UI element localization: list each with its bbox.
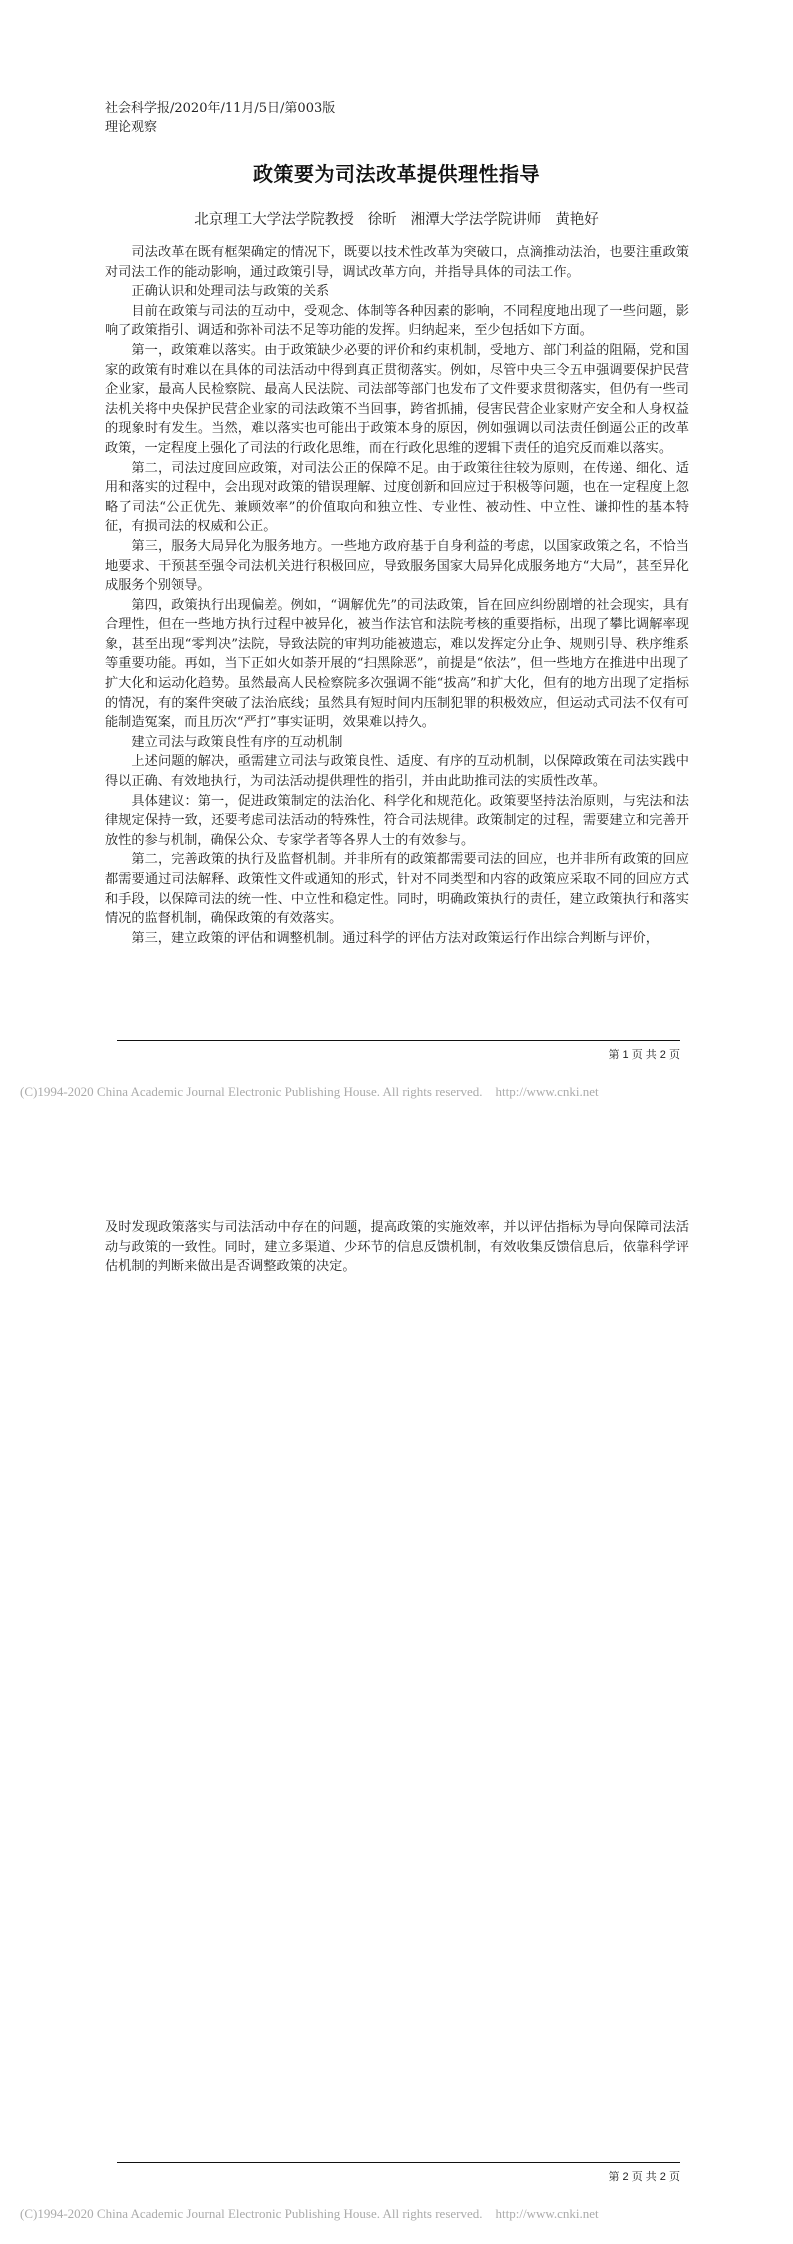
- paragraph: 目前在政策与司法的互动中，受观念、体制等各种因素的影响，不同程度地出现了一些问题…: [105, 302, 689, 341]
- paragraph: 第二，司法过度回应政策，对司法公正的保障不足。由于政策往往较为原则，在传递、细化…: [105, 459, 689, 537]
- page-indicator: 第 2 页 共 2 页: [608, 2168, 680, 2184]
- article-body-page-2: 及时发现政策落实与司法活动中存在的问题，提高政策的实施效率，并以评估指标为导向保…: [105, 1218, 689, 1277]
- author-affiliation-1: 北京理工大学法学院教授: [194, 212, 354, 228]
- publication-source-line: 社会科学报/2020年/11月/5日/第003版: [105, 99, 335, 118]
- paragraph: 第二，完善政策的执行及监督机制。并非所有的政策都需要司法的回应，也并非所有政策的…: [105, 850, 689, 928]
- paragraph-intro: 司法改革在既有框架确定的情况下，既要以技术性改革为突破口，点滴推动法治，也要注重…: [105, 243, 689, 282]
- article-body-page-1: 司法改革在既有框架确定的情况下，既要以技术性改革为突破口，点滴推动法治，也要注重…: [105, 243, 689, 948]
- paragraph: 第三，服务大局异化为服务地方。一些地方政府基于自身利益的考虑，以国家政策之名，不…: [105, 537, 689, 596]
- paragraph: 第一，政策难以落实。由于政策缺少必要的评价和约束机制，受地方、部门利益的阻隔，党…: [105, 341, 689, 459]
- section-heading-2: 建立司法与政策良性有序的互动机制: [105, 733, 689, 753]
- paragraph: 第三，建立政策的评估和调整机制。通过科学的评估方法对政策运行作出综合判断与评价，: [105, 929, 689, 949]
- author-affiliation-2: 湘潭大学法学院讲师: [411, 212, 542, 228]
- copyright-notice: (C)1994-2020 China Academic Journal Elec…: [20, 1084, 599, 1100]
- paragraph-continuation: 及时发现政策落实与司法活动中存在的问题，提高政策的实施效率，并以评估指标为导向保…: [105, 1218, 689, 1277]
- page-indicator: 第 1 页 共 2 页: [608, 1046, 680, 1062]
- paragraph: 第四，政策执行出现偏差。例如，“调解优先”的司法政策，旨在回应纠纷剧增的社会现实…: [105, 596, 689, 733]
- column-label: 理论观察: [105, 118, 157, 137]
- article-title: 政策要为司法改革提供理性指导: [0, 158, 793, 187]
- footer-divider: [117, 2162, 680, 2163]
- byline: 北京理工大学法学院教授徐昕湘潭大学法学院讲师黄艳好: [0, 208, 793, 229]
- author-name-2: 黄艳好: [555, 212, 599, 228]
- section-heading-1: 正确认识和处理司法与政策的关系: [105, 282, 689, 302]
- paragraph: 上述问题的解决，亟需建立司法与政策良性、适度、有序的互动机制，以保障政策在司法实…: [105, 752, 689, 791]
- footer-divider: [117, 1040, 680, 1041]
- author-name-1: 徐昕: [368, 212, 397, 228]
- paragraph: 具体建议：第一，促进政策制定的法治化、科学化和规范化。政策要坚持法治原则，与宪法…: [105, 792, 689, 851]
- copyright-notice: (C)1994-2020 China Academic Journal Elec…: [20, 2206, 599, 2222]
